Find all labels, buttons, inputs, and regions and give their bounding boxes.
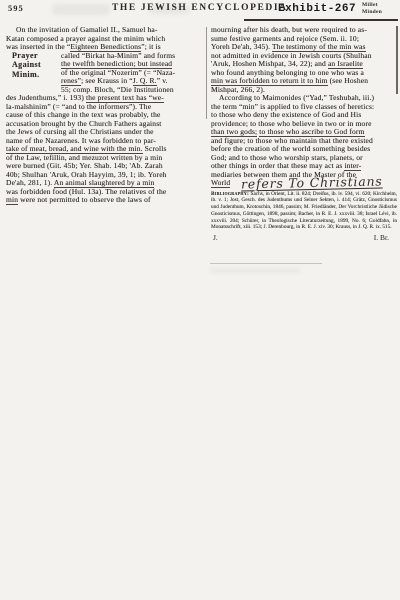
text-line: min were not permitted to observe the la… [6, 196, 205, 205]
text-line: name of the Nazarenes. It was forbidden … [6, 137, 205, 146]
margin-heading-line: Minim. [12, 70, 60, 79]
right-column: mourning after his death, but were requi… [211, 26, 397, 242]
text-line: the Jews of cursing all the Christians u… [6, 128, 205, 137]
text-line: De'ah, 281, 1). An animal slaughtered by… [6, 179, 205, 188]
text-line: min was forbidden to return it to him (s… [211, 77, 397, 86]
running-head: Millet Minden [362, 2, 398, 15]
page-title: THE JEWISH ENCYCLOPEDIA [112, 3, 288, 13]
margin-heading-line: Prayer [12, 51, 60, 60]
signature-right: I. Br. [374, 233, 389, 242]
text-line: than two gods; to those who ascribe to G… [211, 128, 397, 137]
running-head-bottom: Minden [362, 9, 398, 16]
scanned-encyclopedia-page: 595 THE JEWISH ENCYCLOPEDIA Exhibit-267 … [0, 0, 400, 600]
text-line: According to Maimonides (“Yad,” Teshubah… [211, 94, 397, 103]
text-line: accusation brought by the Church Fathers… [6, 120, 205, 129]
margin-heading-line: Against [12, 60, 60, 69]
text-line: who found anything belonging to one who … [211, 69, 397, 78]
text-line: 'Aruk, Hoshen Mishpat, 34, 22); and an I… [211, 60, 397, 69]
margin-heading: Prayer Against Minim. [12, 51, 60, 79]
scan-smudge [210, 268, 300, 273]
text-line: to those who deny the existence of God a… [211, 111, 397, 120]
bibliography-text: Sachs, in Orient, Lit. ii. 824; Dreifus,… [211, 191, 397, 231]
left-column: Prayer Against Minim. On the invitation … [6, 26, 205, 205]
header-rule [244, 19, 398, 21]
text-line: cause of this change in the text was pro… [6, 111, 205, 120]
text-line: not admitted in evidence in Jewish court… [211, 52, 397, 61]
page-number: 595 [8, 3, 24, 13]
bibliography: Bibliography: Sachs, in Orient, Lit. ii.… [211, 191, 397, 232]
text-line: the term “min” is applied to five classe… [211, 103, 397, 112]
text-line: On the invitation of Gamaliel II., Samue… [6, 26, 205, 35]
signature-row: J. I. Br. [211, 233, 397, 242]
text-line: Yoreh De'ah, 345). The testimony of the … [211, 43, 397, 52]
text-line: God; and to those who worship stars, pla… [211, 154, 397, 163]
faint-underline [210, 263, 322, 264]
text-line: 40b; Shulhan 'Aruk, Orah Hayyim, 39, 1; … [6, 171, 205, 180]
text-line: 55; comp. Bloch, “Die Institutionen [6, 86, 205, 95]
text-line: before the creation of the world somethi… [211, 145, 397, 154]
text-line: sume festive garments and rejoice (Sem. … [211, 35, 397, 44]
signature-left: J. [213, 233, 218, 242]
text-line: were burned (Git. 45b; Yer. Shab. 14b; '… [6, 162, 205, 171]
exhibit-stamp: Exhibit-267 [278, 3, 356, 15]
text-line: Katan composed a prayer against the mini… [6, 35, 205, 44]
handwritten-annotation: refers To Christians [241, 174, 383, 192]
text-line: mourning after his death, but were requi… [211, 26, 397, 35]
scan-smudge [52, 4, 110, 15]
text-line: la-malshinim” (= “and to the informers”)… [6, 103, 205, 112]
column-divider [206, 27, 207, 119]
text-line: providence; to those who believe in two … [211, 120, 397, 129]
text-line: other things in order that these may act… [211, 162, 397, 171]
text-line: and figure; to those who maintain that t… [211, 137, 397, 146]
right-column-paragraph-1: mourning after his death, but were requi… [211, 26, 397, 94]
text-line: des Judenthums,” i. 193) the present tex… [6, 94, 205, 103]
text-line: of the Law, tefillin, and mezuzot writte… [6, 154, 205, 163]
text-line: take of meat, bread, and wine with the m… [6, 145, 205, 154]
text-line: was forbidden food (Hul. 13a). The relat… [6, 188, 205, 197]
text-line: Mishpat, 266, 2). [211, 86, 397, 95]
